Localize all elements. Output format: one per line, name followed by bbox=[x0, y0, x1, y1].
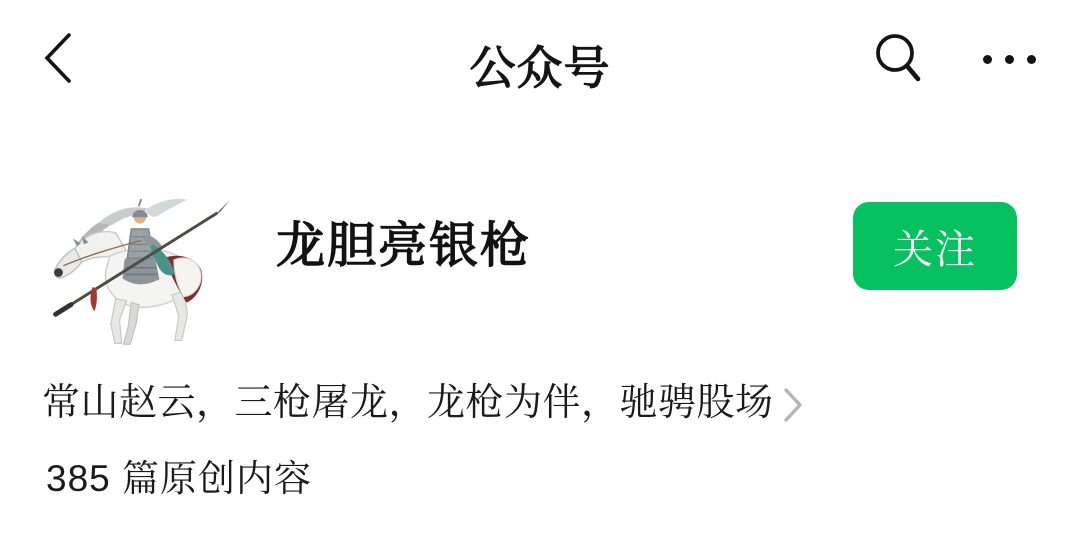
warrior-on-horse-image bbox=[42, 343, 236, 360]
more-icon bbox=[983, 55, 1036, 64]
chevron-right-icon bbox=[782, 386, 804, 429]
account-description-row[interactable]: 常山赵云，三枪屠龙，龙枪为伴，驰骋股场 385 篇原创内容 bbox=[0, 370, 1080, 520]
avatar[interactable] bbox=[42, 160, 236, 356]
nav-bar: 公众号 bbox=[0, 0, 1080, 120]
account-tagline: 常山赵云，三枪屠龙，龙枪为伴，驰骋股场 bbox=[42, 380, 774, 426]
more-button[interactable] bbox=[966, 22, 1052, 96]
follow-button[interactable]: 关注 bbox=[853, 202, 1017, 290]
original-content-count: 385 篇原创内容 bbox=[46, 456, 312, 502]
account-name: 龙胆亮银枪 bbox=[276, 216, 531, 276]
search-button[interactable] bbox=[866, 22, 934, 96]
search-icon bbox=[873, 30, 927, 89]
